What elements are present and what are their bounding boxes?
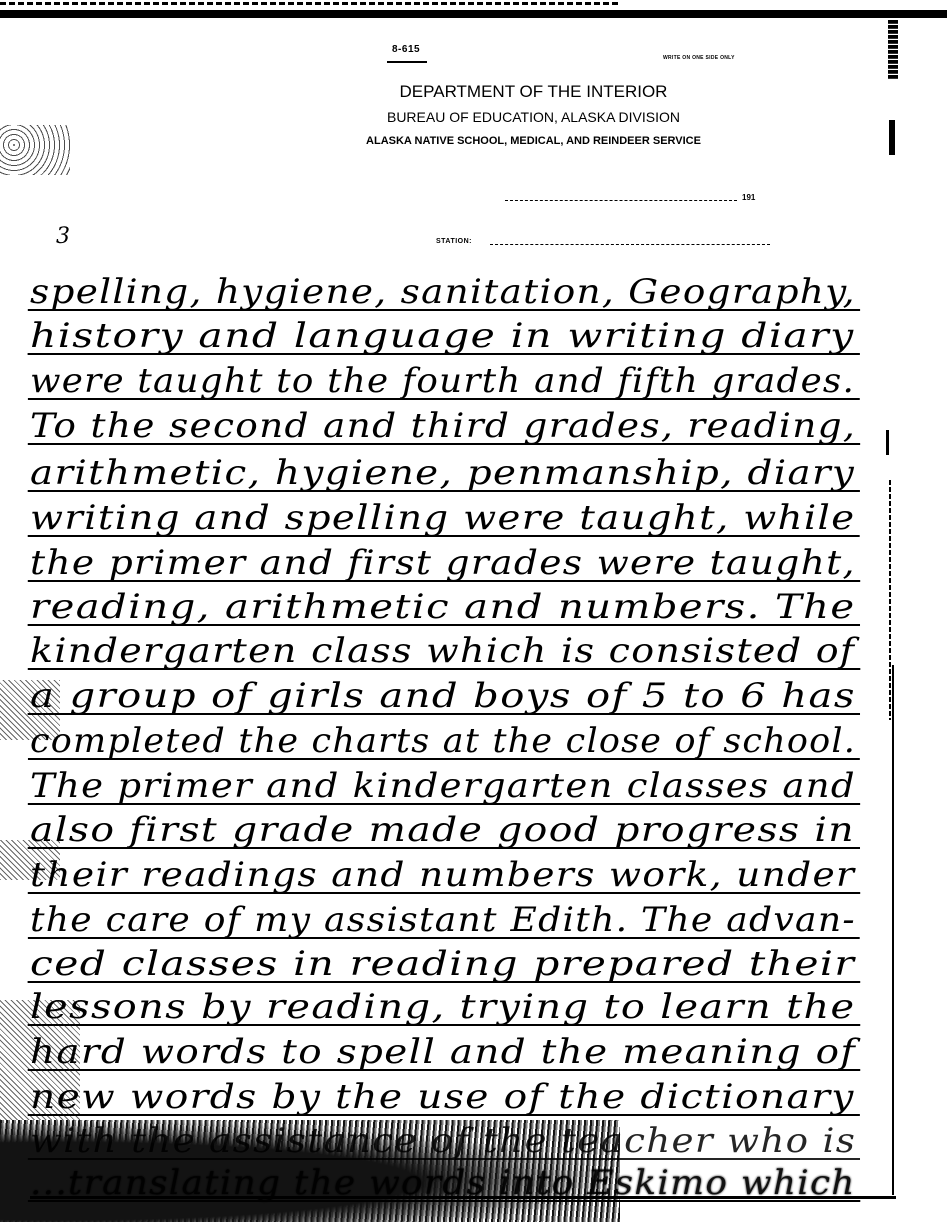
station-field — [490, 244, 770, 245]
handwritten-line: the primer and first grades were taught, — [30, 546, 856, 580]
handwritten-line: hard words to spell and the meaning of — [30, 1035, 856, 1069]
handwritten-line: lessons by reading, trying to learn the — [30, 990, 856, 1024]
scan-right-edge-mark — [886, 430, 889, 455]
scan-dark-damage — [0, 1120, 620, 1222]
handwritten-line: ced classes in reading prepared their — [30, 947, 855, 981]
department-heading: DEPARTMENT OF THE INTERIOR — [60, 82, 947, 102]
handwritten-line: also first grade made good progress in — [30, 813, 855, 847]
bureau-heading: BUREAU OF EDUCATION, ALASKA DIVISION — [60, 109, 947, 125]
handwritten-line: writing and spelling were taught, while — [30, 501, 855, 535]
handwritten-line: reading, arithmetic and numbers. The — [30, 590, 855, 624]
handwritten-line: The primer and kindergarten classes and — [30, 769, 856, 803]
form-number: 8-615 — [392, 44, 420, 55]
handwritten-line: new words by the use of the dictionary — [30, 1080, 855, 1114]
scan-speckle — [0, 125, 70, 175]
handwritten-line: history and language in writing diary — [30, 319, 855, 353]
station-label: STATION: — [436, 238, 472, 245]
page-right-margin-line — [889, 480, 891, 720]
date-year-prefix: 191 — [742, 193, 755, 202]
handwritten-line: To the second and third grades, reading, — [30, 409, 856, 443]
scan-top-border — [0, 10, 947, 18]
handwritten-line: kindergarten class which is consisted of — [30, 634, 855, 668]
handwritten-line: the care of my assistant Edith. The adva… — [30, 903, 856, 937]
service-heading: ALASKA NATIVE SCHOOL, MEDICAL, AND REIND… — [60, 135, 947, 147]
handwritten-line: spelling, hygiene, sanitation, Geography… — [30, 275, 856, 309]
page-right-margin-line — [892, 665, 894, 1195]
scan-right-edge-mark — [888, 20, 898, 80]
handwritten-line: arithmetic, hygiene, penmanship, diary — [30, 456, 855, 490]
scan-edge-artifact — [0, 2, 620, 5]
handwritten-line: a group of girls and boys of 5 to 6 has — [30, 679, 856, 713]
handwritten-line: were taught to the fourth and fifth grad… — [30, 364, 855, 398]
page-bottom-edge — [30, 1196, 896, 1199]
page-number: 3 — [56, 224, 70, 249]
handwritten-line: completed the charts at the close of sch… — [30, 724, 856, 758]
form-number-underline — [387, 61, 427, 63]
date-field-rule — [505, 200, 737, 201]
document-page: 8-615 WRITE ON ONE SIDE ONLY DEPARTMENT … — [0, 0, 947, 1222]
form-instruction: WRITE ON ONE SIDE ONLY — [663, 55, 735, 61]
handwritten-line: their readings and numbers work, under — [30, 858, 855, 892]
